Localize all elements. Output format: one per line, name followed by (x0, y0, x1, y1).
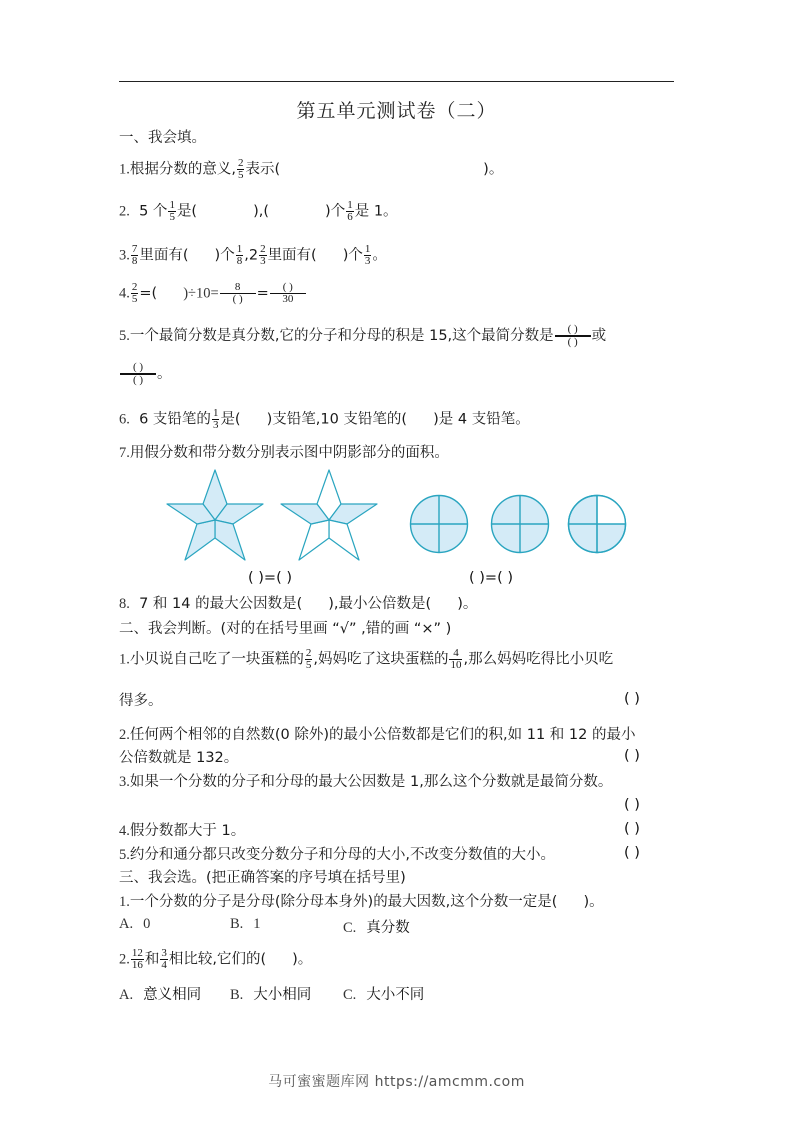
exam-page: 第五单元测试卷（二） 一、我会填。 1.根据分数的意义,25表示()。 2. 5… (0, 0, 793, 1122)
circle-figure-three-quarters (567, 494, 627, 554)
fraction-blank[interactable]: 8( ) (220, 282, 256, 305)
circle-figure-full-1 (409, 494, 469, 554)
fraction: 25 (305, 648, 313, 671)
header-rule (119, 81, 674, 82)
question-choose-1: 1.一个分数的分子是分母(除分母本身外)的最大因数,这个分数一定是()。 (119, 892, 604, 912)
option-c[interactable]: C.真分数 (343, 916, 410, 937)
circle-figure-full-2 (490, 494, 550, 554)
fraction: 13 (212, 408, 220, 431)
fraction: 15 (168, 200, 176, 223)
question-judge-1: 1.小贝说自己吃了一块蛋糕的25,妈妈吃了这块蛋糕的410,那么妈妈吃得比小贝吃 (119, 648, 613, 671)
star-figure-partial (279, 468, 379, 562)
fraction: 13 (364, 244, 372, 267)
judge-answer-box-2[interactable]: ( ) (624, 748, 640, 764)
question-judge-4: 4.假分数都大于 1。 (119, 821, 245, 841)
question-fill-5: 5.一个最简分数是真分数,它的分子和分母的积是 15,这个最简分数是( )( )… (119, 324, 606, 348)
option-a[interactable]: A.0 (119, 916, 150, 933)
area-figures (0, 466, 793, 566)
question-judge-5: 5.约分和通分都只改变分数分子和分母的大小,不改变分数值的大小。 (119, 845, 555, 865)
judge-answer-box-1[interactable]: ( ) (624, 691, 640, 707)
section-heading-fill: 一、我会填。 (119, 128, 206, 148)
question-judge-2-cont: 公倍数就是 132。 (119, 748, 238, 768)
circle-answer-blank[interactable]: ( )=( ) (469, 570, 513, 586)
question-fill-8: 8. 7 和 14 的最大公因数是(),最小公倍数是()。 (119, 594, 477, 614)
option-b[interactable]: B.1 (230, 916, 261, 933)
judge-answer-box-5[interactable]: ( ) (624, 845, 640, 861)
section-heading-choose: 三、我会选。(把正确答案的序号填在括号里) (119, 868, 406, 888)
question-judge-1-cont: 得多。 (119, 691, 163, 711)
fraction-blank[interactable]: ( )( ) (555, 324, 591, 348)
section-heading-judge: 二、我会判断。(对的在括号里画 “√” ,错的画 “×” ) (119, 619, 451, 639)
question-choose-2: 2.1216和34相比较,它们的()。 (119, 948, 312, 971)
fraction-blank[interactable]: ( )30 (270, 282, 306, 305)
fraction: 25 (237, 158, 245, 181)
fraction: 23 (259, 244, 267, 267)
question-fill-2: 2. 5 个15是(),()个16是 1。 (119, 200, 398, 223)
judge-answer-box-3[interactable]: ( ) (624, 797, 640, 813)
fraction: 16 (346, 200, 354, 223)
question-judge-3: 3.如果一个分数的分子和分母的最大公因数是 1,那么这个分数就是最简分数。 (119, 772, 612, 792)
fraction-blank[interactable]: ( )( ) (120, 362, 156, 386)
fraction: 25 (131, 282, 139, 305)
star-figure-full (165, 468, 265, 562)
fraction: 18 (236, 244, 244, 267)
fraction: 78 (131, 244, 139, 267)
page-title: 第五单元测试卷（二） (0, 96, 793, 123)
question-fill-3: 3.78里面有()个18,223里面有()个13。 (119, 244, 387, 267)
question-fill-6: 6. 6 支铅笔的13是()支铅笔,10 支铅笔的()是 4 支铅笔。 (119, 408, 530, 431)
question-fill-5-cont: ( )( )。 (119, 362, 172, 386)
footer-watermark: 马可蜜蜜题库网 https://amcmm.com (0, 1071, 793, 1091)
option-a[interactable]: A.意义相同 (119, 983, 201, 1004)
question-fill-7: 7.用假分数和带分数分别表示图中阴影部分的面积。 (119, 443, 449, 463)
fraction: 410 (449, 648, 462, 671)
question-judge-2: 2.任何两个相邻的自然数(0 除外)的最小公倍数都是它们的积,如 11 和 12… (119, 725, 635, 745)
star-answer-blank[interactable]: ( )=( ) (248, 570, 292, 586)
question-fill-1: 1.根据分数的意义,25表示()。 (119, 158, 503, 181)
option-b[interactable]: B.大小相同 (230, 983, 311, 1004)
fraction: 1216 (131, 948, 144, 971)
option-c[interactable]: C.大小不同 (343, 983, 424, 1004)
judge-answer-box-4[interactable]: ( ) (624, 821, 640, 837)
question-fill-4: 4.25=()÷10=8( )=( )30 (119, 282, 307, 305)
fraction: 34 (160, 948, 168, 971)
